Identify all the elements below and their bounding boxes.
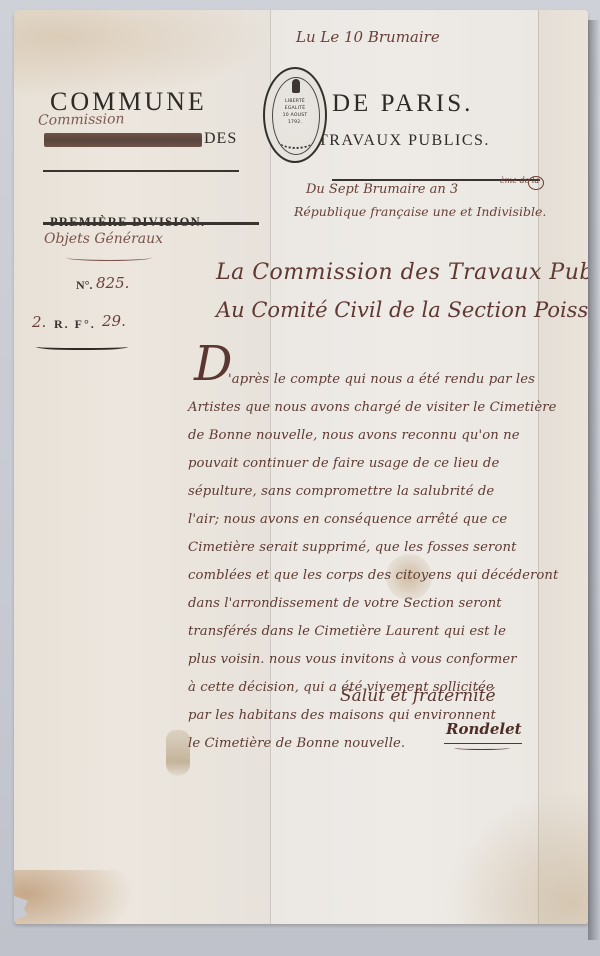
fold-panel-right: [538, 10, 588, 924]
signature-flourish: [454, 746, 510, 750]
letterhead-des: DES: [204, 130, 237, 148]
edge-stain: [14, 870, 134, 924]
register-value: 29.: [102, 312, 126, 330]
subject-label: Objets Généraux: [44, 231, 163, 247]
body-line: plus voisin. nous vous invitons à vous c…: [188, 652, 517, 667]
dropcap: D: [194, 340, 232, 388]
letterhead-travaux-publics: TRAVAUX PUBLICS.: [318, 132, 490, 150]
body-line: sépulture, sans compromettre la salubrit…: [188, 484, 494, 499]
subject-flourish: [66, 254, 152, 261]
seal-liberty-figure-icon: [292, 79, 300, 93]
seal-wreath-icon: [277, 129, 315, 149]
drip-stain: [166, 730, 190, 776]
body-line: transférés dans le Cimetière Laurent qui…: [188, 624, 506, 639]
body-line: Cimetière serait supprimé, que les fosse…: [188, 540, 517, 555]
document-page: Lu Le 10 Brumaire COMMUNE DE PARIS. Comm…: [14, 10, 588, 924]
flourish-loop: [528, 176, 544, 190]
seal-line: LIBERTÉ: [265, 99, 325, 104]
handwritten-correction: Commission: [38, 111, 125, 129]
number-value: 825.: [96, 274, 129, 292]
date-line-1: Du Sept Brumaire an 3: [306, 182, 458, 197]
paper-shadow: [588, 20, 600, 940]
register-label: R. F°.: [54, 317, 96, 332]
recipient-heading: Au Comité Civil de la Section Poissonniè…: [216, 298, 588, 322]
body-line: de Bonne nouvelle, nous avons reconnu qu…: [188, 428, 520, 443]
seal-line: 10 AOUST: [265, 113, 325, 118]
body-line: l'air; nous avons en conséquence arrêté …: [188, 512, 507, 527]
margin-underline: [36, 342, 128, 350]
commune-seal: LIBERTÉ EGALITÉ 10 AOUST 1792.: [263, 67, 327, 163]
body-line: comblées et que les corps des citoyens q…: [188, 568, 558, 583]
signature-flourish: [444, 740, 522, 744]
signature: Rondelet: [446, 720, 522, 738]
divider: [43, 222, 259, 225]
body-line: 'après le compte qui nous a été rendu pa…: [228, 372, 535, 387]
date-line-2: République française une et Indivisible.: [294, 204, 546, 219]
body-line: pouvait continuer de faire usage de ce l…: [188, 456, 499, 471]
closing-salutation: Salut et fraternité: [340, 686, 496, 706]
seal-line: EGALITÉ: [265, 106, 325, 111]
corner-stain: [444, 790, 588, 924]
struck-out-word: [44, 133, 202, 147]
register-prefix: 2.: [32, 313, 46, 331]
body-line: le Cimetière de Bonne nouvelle.: [188, 736, 405, 751]
fold-crease: [538, 10, 539, 924]
letterhead-paris: DE PARIS.: [332, 90, 473, 118]
sender-heading: La Commission des Travaux Publics: [216, 260, 588, 285]
divider: [43, 170, 239, 172]
body-line: Artistes que nous avons chargé de visite…: [188, 400, 557, 415]
number-label: N°.: [76, 278, 92, 293]
received-note: Lu Le 10 Brumaire: [296, 28, 440, 46]
seal-line: 1792.: [265, 120, 325, 125]
body-line: dans l'arrondissement de votre Section s…: [188, 596, 502, 611]
